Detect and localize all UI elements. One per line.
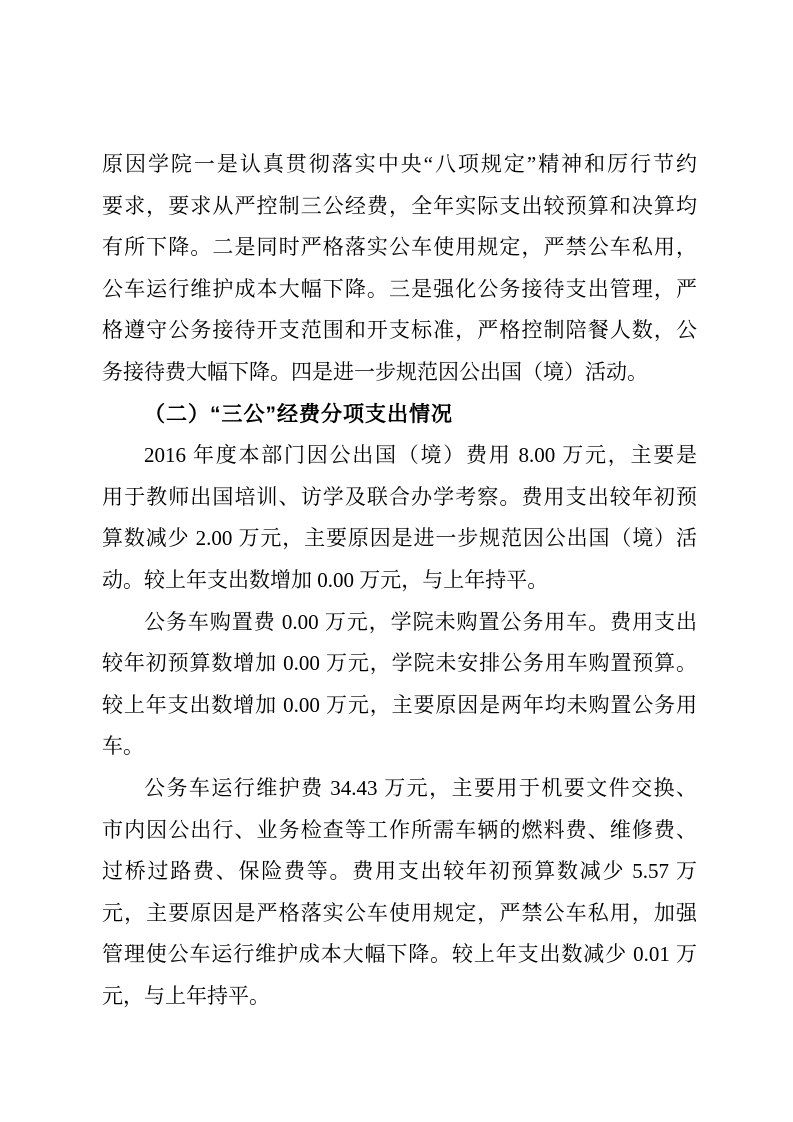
text-line: 算数减少 2.00 万元，主要原因是进一步规范因公出国（境）活 <box>102 518 697 560</box>
text-line: 要求，要求从严控制三公经费，全年实际支出较预算和决算均 <box>102 186 697 228</box>
text-line: 格遵守公务接待开支范围和开支标准，严格控制陪餐人数，公 <box>102 310 697 352</box>
text-line: 元，与上年持平。 <box>102 976 697 1018</box>
text-line: 公务车运行维护费 34.43 万元，主要用于机要文件交换、 <box>102 768 697 810</box>
text-line: 公务车购置费 0.00 万元，学院未购置公务用车。费用支出 <box>102 602 697 644</box>
text-line: 市内因公出行、业务检查等工作所需车辆的燃料费、维修费、 <box>102 810 697 852</box>
text-line: 较上年支出数增加 0.00 万元，主要原因是两年均未购置公务用 <box>102 685 697 727</box>
text-line: 管理使公车运行维护成本大幅下降。较上年支出数减少 0.01 万 <box>102 934 697 976</box>
text-line: 用于教师出国培训、访学及联合办学考察。费用支出较年初预 <box>102 477 697 519</box>
text-line: 元，主要原因是严格落实公车使用规定，严禁公车私用，加强 <box>102 893 697 935</box>
text-line: 车。 <box>102 726 697 768</box>
text-line: 较年初预算数增加 0.00 万元，学院未安排公务用车购置预算。 <box>102 643 697 685</box>
section-heading: （二）“三公”经费分项支出情况 <box>102 394 697 436</box>
text-line: 2016 年度本部门因公出国（境）费用 8.00 万元，主要是 <box>102 435 697 477</box>
text-line: 原因学院一是认真贯彻落实中央“八项规定”精神和厉行节约 <box>102 144 697 186</box>
text-line: 公车运行维护成本大幅下降。三是强化公务接待支出管理，严 <box>102 269 697 311</box>
text-line: 动。较上年支出数增加 0.00 万元，与上年持平。 <box>102 560 697 602</box>
text-line: 过桥过路费、保险费等。费用支出较年初预算数减少 5.57 万 <box>102 851 697 893</box>
document-page: 原因学院一是认真贯彻落实中央“八项规定”精神和厉行节约 要求，要求从严控制三公经… <box>0 0 793 1122</box>
document-body: 原因学院一是认真贯彻落实中央“八项规定”精神和厉行节约 要求，要求从严控制三公经… <box>102 144 697 1017</box>
text-line: 务接待费大幅下降。四是进一步规范因公出国（境）活动。 <box>102 352 697 394</box>
text-line: 有所下降。二是同时严格落实公车使用规定，严禁公车私用， <box>102 227 697 269</box>
